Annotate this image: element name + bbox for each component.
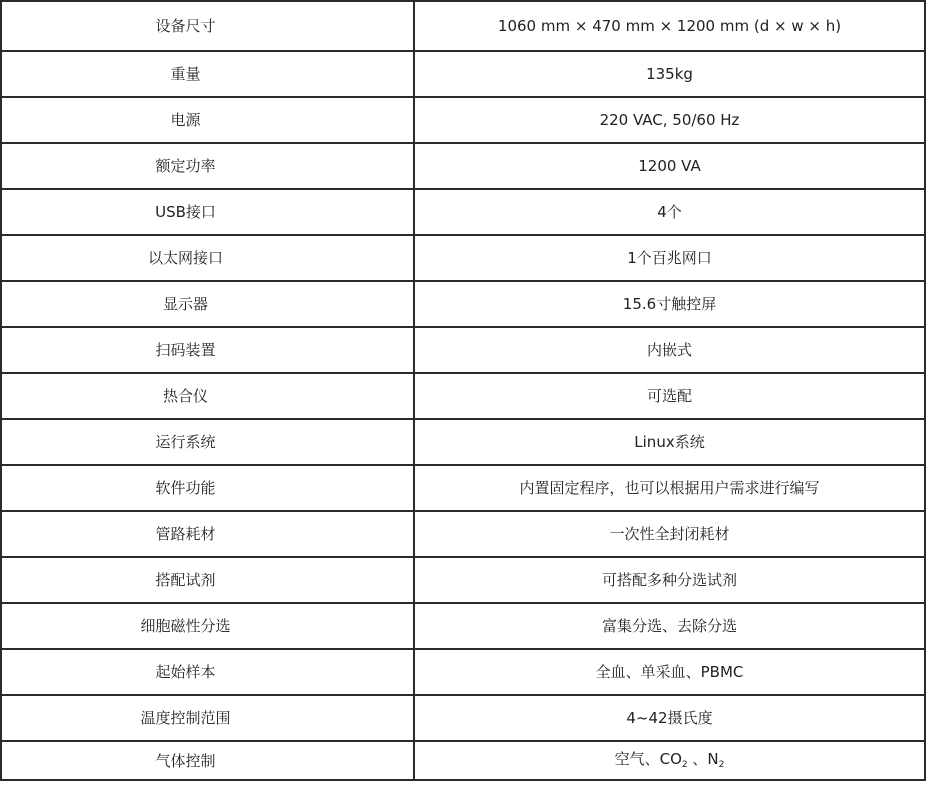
spec-value: 富集分选、去除分选	[414, 603, 925, 649]
spec-table: 设备尺寸 1060 mm × 470 mm × 1200 mm (d × w ×…	[0, 0, 926, 781]
spec-label: 管路耗材	[1, 511, 414, 557]
n2-subscript: 2	[719, 760, 725, 770]
gas-prefix: 空气、CO	[615, 750, 682, 768]
spec-label: USB接口	[1, 189, 414, 235]
spec-label: 搭配试剂	[1, 557, 414, 603]
spec-label: 运行系统	[1, 419, 414, 465]
spec-value: 135kg	[414, 51, 925, 97]
table-row: 运行系统 Linux系统	[1, 419, 925, 465]
spec-value: Linux系统	[414, 419, 925, 465]
spec-value: 4~42摄氏度	[414, 695, 925, 741]
table-row: 电源 220 VAC, 50/60 Hz	[1, 97, 925, 143]
table-row: 软件功能 内置固定程序，也可以根据用户需求进行编写	[1, 465, 925, 511]
table-row: 重量 135kg	[1, 51, 925, 97]
spec-value: 220 VAC, 50/60 Hz	[414, 97, 925, 143]
gas-mid: 、N	[688, 750, 719, 768]
spec-value: 内置固定程序，也可以根据用户需求进行编写	[414, 465, 925, 511]
spec-label: 电源	[1, 97, 414, 143]
spec-value: 可选配	[414, 373, 925, 419]
spec-value: 一次性全封闭耗材	[414, 511, 925, 557]
spec-value: 内嵌式	[414, 327, 925, 373]
spec-value: 1个百兆网口	[414, 235, 925, 281]
table-row: 起始样本 全血、单采血、PBMC	[1, 649, 925, 695]
spec-label: 设备尺寸	[1, 1, 414, 51]
table-row: 扫码装置 内嵌式	[1, 327, 925, 373]
spec-label: 起始样本	[1, 649, 414, 695]
spec-label: 气体控制	[1, 741, 414, 780]
spec-label: 扫码装置	[1, 327, 414, 373]
spec-value: 4个	[414, 189, 925, 235]
spec-value: 15.6寸触控屏	[414, 281, 925, 327]
spec-value: 1200 VA	[414, 143, 925, 189]
table-row: 细胞磁性分选 富集分选、去除分选	[1, 603, 925, 649]
table-row: 气体控制 空气、CO2 、N2	[1, 741, 925, 780]
spec-label: 热合仪	[1, 373, 414, 419]
table-row: 热合仪 可选配	[1, 373, 925, 419]
spec-label: 以太网接口	[1, 235, 414, 281]
spec-label: 细胞磁性分选	[1, 603, 414, 649]
table-row: 设备尺寸 1060 mm × 470 mm × 1200 mm (d × w ×…	[1, 1, 925, 51]
table-row: 管路耗材 一次性全封闭耗材	[1, 511, 925, 557]
spec-label: 显示器	[1, 281, 414, 327]
spec-value: 空气、CO2 、N2	[414, 741, 925, 780]
spec-label: 额定功率	[1, 143, 414, 189]
table-row: 搭配试剂 可搭配多种分选试剂	[1, 557, 925, 603]
spec-label: 软件功能	[1, 465, 414, 511]
spec-value: 全血、单采血、PBMC	[414, 649, 925, 695]
table-row: 显示器 15.6寸触控屏	[1, 281, 925, 327]
spec-label: 温度控制范围	[1, 695, 414, 741]
table-row: 额定功率 1200 VA	[1, 143, 925, 189]
spec-value: 1060 mm × 470 mm × 1200 mm (d × w × h)	[414, 1, 925, 51]
table-row: USB接口 4个	[1, 189, 925, 235]
spec-label: 重量	[1, 51, 414, 97]
spec-value: 可搭配多种分选试剂	[414, 557, 925, 603]
table-row: 温度控制范围 4~42摄氏度	[1, 695, 925, 741]
table-row: 以太网接口 1个百兆网口	[1, 235, 925, 281]
